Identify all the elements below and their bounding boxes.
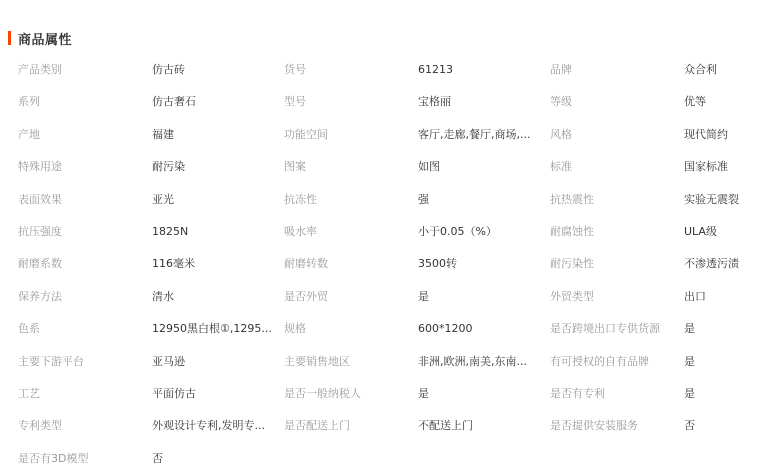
attribute-label: 品牌 <box>550 62 675 78</box>
attribute-label: 耐腐蚀性 <box>550 224 675 240</box>
attribute-label: 耐磨转数 <box>284 256 409 272</box>
attribute-label: 型号 <box>284 94 409 110</box>
attribute-label: 是否有3D模型 <box>18 451 143 467</box>
attribute-row: 保养方法清水是否外贸是外贸类型出口 <box>18 289 758 321</box>
attribute-label: 主要销售地区 <box>284 354 409 370</box>
attribute-value: 仿古奢石 <box>152 94 272 110</box>
attribute-value: 耐污染 <box>152 159 272 175</box>
accent-bar <box>8 31 11 45</box>
attribute-label: 货号 <box>284 62 409 78</box>
attribute-label: 抗冻性 <box>284 192 409 208</box>
attribute-value: 是 <box>418 386 538 402</box>
attribute-value: ULA级 <box>684 224 760 240</box>
attribute-value: 否 <box>684 418 760 434</box>
attribute-value: 12950黑白根①,1295... <box>152 321 272 337</box>
attribute-label: 耐磨系数 <box>18 256 143 272</box>
attribute-label: 工艺 <box>18 386 143 402</box>
attribute-row: 色系12950黑白根①,1295...规格600*1200是否跨境出口专供货源是 <box>18 321 758 353</box>
attribute-label: 保养方法 <box>18 289 143 305</box>
attribute-value: 如图 <box>418 159 538 175</box>
attribute-label: 专利类型 <box>18 418 143 434</box>
attribute-row: 表面效果亚光抗冻性强抗热震性实验无震裂 <box>18 192 758 224</box>
attribute-label: 是否有专利 <box>550 386 675 402</box>
attribute-value: 非洲,欧洲,南美,东南... <box>418 354 538 370</box>
attribute-label: 特殊用途 <box>18 159 143 175</box>
attribute-value: 是 <box>684 321 760 337</box>
attribute-row: 专利类型外观设计专利,发明专...是否配送上门不配送上门是否提供安装服务否 <box>18 418 758 450</box>
attribute-label: 主要下游平台 <box>18 354 143 370</box>
attribute-row: 特殊用途耐污染图案如图标准国家标准 <box>18 159 758 191</box>
attribute-value: 否 <box>152 451 272 467</box>
attribute-value: 亚马逊 <box>152 354 272 370</box>
attribute-value: 是 <box>418 289 538 305</box>
attribute-value: 是 <box>684 386 760 402</box>
section-title: 商品属性 <box>18 29 72 48</box>
attribute-label: 是否跨境出口专供货源 <box>550 321 675 337</box>
attribute-value: 现代简约 <box>684 127 760 143</box>
attribute-label: 产品类别 <box>18 62 143 78</box>
attribute-label: 标准 <box>550 159 675 175</box>
attribute-row: 工艺平面仿古是否一般纳税人是是否有专利是 <box>18 386 758 418</box>
attribute-value: 实验无震裂 <box>684 192 760 208</box>
attribute-value: 清水 <box>152 289 272 305</box>
attribute-table: 产品类别仿古砖货号61213品牌众合利系列仿古奢石型号宝格丽等级优等产地福建功能… <box>18 62 758 476</box>
attribute-label: 等级 <box>550 94 675 110</box>
attribute-label: 图案 <box>284 159 409 175</box>
attribute-label: 是否一般纳税人 <box>284 386 409 402</box>
attribute-value: 600*1200 <box>418 321 538 337</box>
attribute-label: 规格 <box>284 321 409 337</box>
attribute-value: 亚光 <box>152 192 272 208</box>
attribute-label: 色系 <box>18 321 143 337</box>
attribute-label: 耐污染性 <box>550 256 675 272</box>
attribute-value: 不配送上门 <box>418 418 538 434</box>
attribute-label: 表面效果 <box>18 192 143 208</box>
attribute-row: 是否有3D模型否 <box>18 451 758 476</box>
attribute-value: 出口 <box>684 289 760 305</box>
attribute-label: 产地 <box>18 127 143 143</box>
attribute-label: 抗压强度 <box>18 224 143 240</box>
attribute-value: 优等 <box>684 94 760 110</box>
attribute-value: 强 <box>418 192 538 208</box>
section-header: 商品属性 <box>8 30 72 46</box>
attribute-value: 众合利 <box>684 62 760 78</box>
attribute-value: 116毫米 <box>152 256 272 272</box>
attribute-value: 宝格丽 <box>418 94 538 110</box>
attribute-label: 功能空间 <box>284 127 409 143</box>
attribute-label: 是否配送上门 <box>284 418 409 434</box>
attribute-value: 国家标准 <box>684 159 760 175</box>
attribute-label: 是否外贸 <box>284 289 409 305</box>
attribute-value: 是 <box>684 354 760 370</box>
attribute-label: 风格 <box>550 127 675 143</box>
attribute-value: 3500转 <box>418 256 538 272</box>
attribute-label: 有可授权的自有品牌 <box>550 354 675 370</box>
attribute-row: 耐磨系数116毫米耐磨转数3500转耐污染性不渗透污渍 <box>18 256 758 288</box>
attribute-row: 系列仿古奢石型号宝格丽等级优等 <box>18 94 758 126</box>
attribute-value: 不渗透污渍 <box>684 256 760 272</box>
attribute-row: 产地福建功能空间客厅,走廊,餐厅,商场,...风格现代简约 <box>18 127 758 159</box>
attribute-value: 外观设计专利,发明专... <box>152 418 272 434</box>
attribute-value: 仿古砖 <box>152 62 272 78</box>
attribute-value: 61213 <box>418 62 538 78</box>
attribute-label: 系列 <box>18 94 143 110</box>
attribute-value: 客厅,走廊,餐厅,商场,... <box>418 127 538 143</box>
attribute-row: 产品类别仿古砖货号61213品牌众合利 <box>18 62 758 94</box>
attribute-label: 抗热震性 <box>550 192 675 208</box>
attribute-value: 小于0.05（%） <box>418 224 538 240</box>
attribute-label: 外贸类型 <box>550 289 675 305</box>
attribute-row: 主要下游平台亚马逊主要销售地区非洲,欧洲,南美,东南...有可授权的自有品牌是 <box>18 354 758 386</box>
attribute-value: 福建 <box>152 127 272 143</box>
attribute-row: 抗压强度1825N吸水率小于0.05（%）耐腐蚀性ULA级 <box>18 224 758 256</box>
attribute-value: 平面仿古 <box>152 386 272 402</box>
attribute-label: 是否提供安装服务 <box>550 418 675 434</box>
attribute-label: 吸水率 <box>284 224 409 240</box>
attribute-value: 1825N <box>152 224 272 240</box>
